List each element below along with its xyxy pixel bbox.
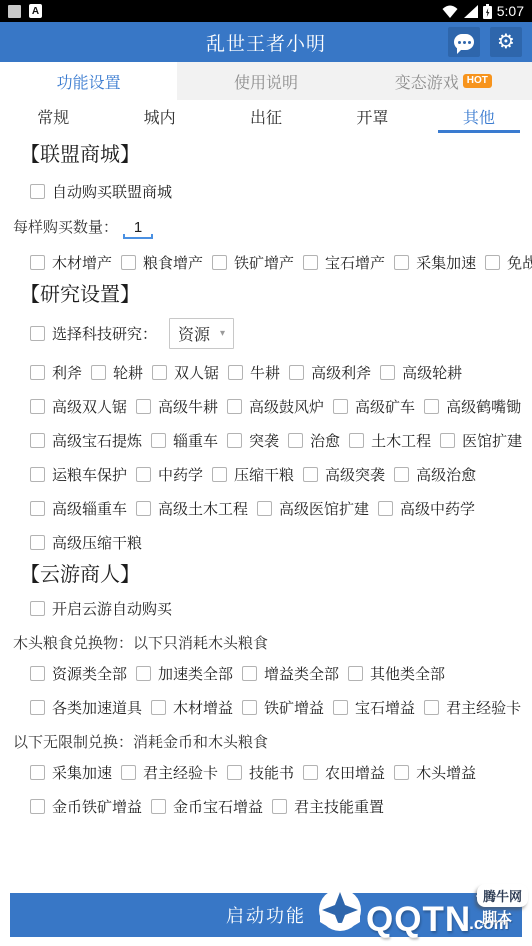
checkbox-label: 高级辎重车 — [52, 498, 127, 519]
tab-label: 功能设置 — [57, 70, 121, 93]
checkbox-label: 加速类全部 — [158, 663, 233, 684]
checkbox-row: 高级辎重车高级土木工程高级医馆扩建高级中药学 — [30, 498, 524, 519]
app-bar: 乱世王者小明 ⚙ — [0, 22, 532, 62]
checkbox[interactable] — [121, 255, 136, 270]
battery-icon — [483, 4, 492, 19]
checkbox[interactable] — [424, 700, 439, 715]
checkbox-label: 高级双人锯 — [52, 396, 127, 417]
checkbox-label: 高级治愈 — [416, 464, 476, 485]
checkbox-option[interactable]: 高级双人锯 — [30, 396, 127, 417]
checkbox-option[interactable]: 牛耕 — [228, 362, 280, 383]
checkbox-option[interactable]: 高级轮耕 — [380, 362, 462, 383]
checkbox[interactable] — [485, 255, 500, 270]
input-method-icon: A — [29, 4, 42, 18]
checkbox-row: 高级压缩干粮 — [30, 532, 524, 553]
subtab-in-city[interactable]: 城内 — [106, 100, 212, 133]
checkbox[interactable] — [136, 399, 151, 414]
checkbox-label: 采集加速 — [416, 252, 476, 273]
checkbox-label: 高级土木工程 — [158, 498, 248, 519]
checkbox[interactable] — [227, 433, 242, 448]
checkbox-label: 宝石增产 — [325, 252, 385, 273]
checkbox-label: 资源类全部 — [52, 663, 127, 684]
checkbox-option[interactable]: 君主技能重置 — [272, 796, 384, 817]
checkbox-option[interactable]: 铁矿增益 — [242, 697, 324, 718]
checkbox-label: 金币铁矿增益 — [52, 796, 142, 817]
checkbox-label: 牛耕 — [250, 362, 280, 383]
checkbox[interactable] — [30, 399, 45, 414]
checkbox-option[interactable]: 高级矿车 — [333, 396, 415, 417]
status-bar: A 5:07 — [0, 0, 532, 22]
checkbox[interactable] — [303, 765, 318, 780]
checkbox-option[interactable]: 增益类全部 — [242, 663, 339, 684]
checkbox-option-select-research[interactable]: 选择科技研究： — [30, 323, 157, 344]
checkbox-label: 土木工程 — [371, 430, 431, 451]
checkbox-option[interactable]: 宝石增益 — [333, 697, 415, 718]
checkbox-label: 轮耕 — [113, 362, 143, 383]
checkbox-option[interactable]: 高级辎重车 — [30, 498, 127, 519]
checkbox-label: 增益类全部 — [264, 663, 339, 684]
settings-button[interactable]: ⚙ — [490, 27, 522, 57]
checkbox-row: 金币铁矿增益金币宝石增益君主技能重置 — [30, 796, 524, 817]
checkbox-option[interactable]: 宝石增产 — [303, 252, 385, 273]
checkbox[interactable] — [30, 535, 45, 550]
checkbox-label: 君主经验卡 — [143, 762, 218, 783]
tab-function-settings[interactable]: 功能设置 — [0, 62, 177, 100]
checkbox[interactable] — [394, 765, 409, 780]
checkbox-option[interactable]: 压缩干粮 — [212, 464, 294, 485]
checkbox-row: 开启云游自动购买 — [30, 598, 524, 619]
checkbox-label: 粮食增产 — [143, 252, 203, 273]
checkbox-label: 各类加速道具 — [52, 697, 142, 718]
checkbox-option[interactable]: 采集加速 — [394, 252, 476, 273]
checkbox[interactable] — [30, 666, 45, 681]
subtab-general[interactable]: 常规 — [0, 100, 106, 133]
chat-bubble-icon — [454, 34, 474, 50]
checkbox-label: 高级矿车 — [355, 396, 415, 417]
checkbox-label: 木材增益 — [173, 697, 233, 718]
checkbox[interactable] — [378, 501, 393, 516]
checkbox-option[interactable]: 高级医馆扩建 — [257, 498, 369, 519]
research-select-row: 选择科技研究： 资源 ▾ — [30, 318, 524, 349]
checkbox-option[interactable]: 高级中药学 — [378, 498, 475, 519]
hot-badge: HOT — [463, 74, 492, 88]
checkbox-label: 免战 — [507, 252, 532, 273]
subtab-shield[interactable]: 开罩 — [319, 100, 425, 133]
checkbox-row: 各类加速道具木材增益铁矿增益宝石增益君主经验卡 — [30, 697, 524, 718]
checkbox-row: 利斧轮耕双人锯牛耕高级利斧高级轮耕 — [30, 362, 524, 383]
checkbox-option[interactable]: 高级利斧 — [289, 362, 371, 383]
checkbox[interactable] — [151, 700, 166, 715]
note-wood-exchange: 木头粮食兑换物：以下只消耗木头粮食 — [13, 632, 524, 653]
checkbox-option[interactable]: 木材增产 — [30, 252, 112, 273]
checkbox-option[interactable]: 高级鼓风炉 — [227, 396, 324, 417]
checkbox[interactable] — [303, 255, 318, 270]
wifi-icon — [442, 5, 458, 18]
checkbox-label: 高级突袭 — [325, 464, 385, 485]
checkbox[interactable] — [212, 255, 227, 270]
checkbox-option[interactable]: 加速类全部 — [136, 663, 233, 684]
checkbox[interactable] — [288, 433, 303, 448]
checkbox-label: 君主经验卡 — [446, 697, 521, 718]
chat-button[interactable] — [448, 27, 480, 57]
checkbox-option[interactable]: 中药学 — [136, 464, 203, 485]
checkbox[interactable] — [30, 326, 45, 341]
checkbox-option[interactable]: 金币铁矿增益 — [30, 796, 142, 817]
checkbox[interactable] — [136, 501, 151, 516]
checkbox[interactable] — [289, 365, 304, 380]
checkbox-row: 资源类全部加速类全部增益类全部其他类全部 — [30, 663, 524, 684]
checkbox[interactable] — [349, 433, 364, 448]
checkbox[interactable] — [30, 799, 45, 814]
checkbox-option[interactable]: 高级治愈 — [394, 464, 476, 485]
checkbox-label: 突袭 — [249, 430, 279, 451]
checkbox-label: 选择科技研究： — [52, 323, 157, 344]
checkbox-option[interactable]: 医馆扩建 — [440, 430, 522, 451]
tab-label: 变态游戏 — [395, 70, 459, 93]
checkbox-option[interactable]: 铁矿增产 — [212, 252, 294, 273]
checkbox-label: 压缩干粮 — [234, 464, 294, 485]
checkbox-option[interactable]: 粮食增产 — [121, 252, 203, 273]
checkbox[interactable] — [30, 501, 45, 516]
checkbox[interactable] — [333, 399, 348, 414]
subtab-march[interactable]: 出征 — [213, 100, 319, 133]
section-heading-alliance-shop: 【联盟商城】 — [20, 142, 524, 168]
checkbox-label: 其他类全部 — [370, 663, 445, 684]
tab-usage-instructions[interactable]: 使用说明 — [177, 62, 354, 100]
checkbox[interactable] — [348, 666, 363, 681]
checkbox-label: 木材增产 — [52, 252, 112, 273]
sub-tab-bar: 常规 城内 出征 开罩 其他 — [0, 100, 532, 133]
checkbox-label: 高级压缩干粮 — [52, 532, 142, 553]
checkbox[interactable] — [30, 700, 45, 715]
checkbox-option-enable-merchant[interactable]: 开启云游自动购买 — [30, 598, 172, 619]
checkbox[interactable] — [440, 433, 455, 448]
checkbox-option[interactable]: 轮耕 — [91, 362, 143, 383]
chevron-down-icon: ▾ — [220, 328, 225, 339]
checkbox-label: 高级鹤嘴锄 — [446, 396, 521, 417]
checkbox-option[interactable]: 利斧 — [30, 362, 82, 383]
checkbox-option[interactable]: 木材增益 — [151, 697, 233, 718]
checkbox-option[interactable]: 金币宝石增益 — [151, 796, 263, 817]
checkbox[interactable] — [228, 365, 243, 380]
checkbox-label: 宝石增益 — [355, 697, 415, 718]
checkbox[interactable] — [152, 365, 167, 380]
checkbox[interactable] — [333, 700, 348, 715]
checkbox-row: 高级双人锯高级牛耕高级鼓风炉高级矿车高级鹤嘴锄 — [30, 396, 524, 417]
research-type-select[interactable]: 资源 ▾ — [169, 318, 234, 349]
checkbox[interactable] — [136, 666, 151, 681]
checkbox-row: 自动购买联盟商城 — [30, 181, 524, 202]
app-screen: A 5:07 乱世王者小明 — [0, 0, 532, 946]
checkbox-option[interactable]: 君主经验卡 — [424, 697, 521, 718]
checkbox-option[interactable]: 各类加速道具 — [30, 697, 142, 718]
start-button-label: 启动功能 — [226, 902, 306, 928]
main-tab-bar: 功能设置 使用说明 变态游戏 HOT — [0, 62, 532, 100]
checkbox[interactable] — [272, 799, 287, 814]
checkbox-option[interactable]: 采集加速 — [30, 762, 112, 783]
quantity-label: 每样购买数量： — [13, 216, 118, 237]
checkbox-option[interactable]: 高级宝石提炼 — [30, 430, 142, 451]
checkbox-option[interactable]: 君主经验卡 — [121, 762, 218, 783]
checkbox-label: 高级中药学 — [400, 498, 475, 519]
checkbox-label: 君主技能重置 — [294, 796, 384, 817]
checkbox-option[interactable]: 高级突袭 — [303, 464, 385, 485]
checkbox[interactable] — [424, 399, 439, 414]
checkbox[interactable] — [303, 467, 318, 482]
checkbox[interactable] — [30, 365, 45, 380]
checkbox-label: 铁矿增益 — [264, 697, 324, 718]
checkbox-label: 金币宝石增益 — [173, 796, 263, 817]
checkbox-option[interactable]: 木头增益 — [394, 762, 476, 783]
checkbox[interactable] — [380, 365, 395, 380]
checkbox-label: 技能书 — [249, 762, 294, 783]
quantity-row: 每样购买数量： 1 — [13, 216, 524, 239]
checkbox-option[interactable]: 高级压缩干粮 — [30, 532, 142, 553]
clock: 5:07 — [497, 3, 524, 19]
checkbox-option[interactable]: 高级鹤嘴锄 — [424, 396, 521, 417]
subtab-label: 城内 — [144, 105, 176, 128]
checkbox-option[interactable]: 高级牛耕 — [136, 396, 218, 417]
checkbox-label: 农田增益 — [325, 762, 385, 783]
checkbox-label: 高级宝石提炼 — [52, 430, 142, 451]
checkbox-row: 高级宝石提炼辎重车突袭治愈土木工程医馆扩建 — [30, 430, 524, 451]
checkbox[interactable] — [212, 467, 227, 482]
checkbox-option[interactable]: 突袭 — [227, 430, 279, 451]
checkbox-row: 运粮车保护中药学压缩干粮高级突袭高级治愈 — [30, 464, 524, 485]
checkbox-option[interactable]: 辎重车 — [151, 430, 218, 451]
checkbox-label: 采集加速 — [52, 762, 112, 783]
checkbox[interactable] — [30, 601, 45, 616]
checkbox-option[interactable]: 土木工程 — [349, 430, 431, 451]
checkbox[interactable] — [151, 799, 166, 814]
checkbox-row: 木材增产粮食增产铁矿增产宝石增产采集加速免战 — [30, 252, 524, 273]
subtab-label: 开罩 — [356, 105, 388, 128]
checkbox[interactable] — [227, 765, 242, 780]
checkbox[interactable] — [121, 765, 136, 780]
note-unlimited-exchange: 以下无限制兑换：消耗金币和木头粮食 — [13, 731, 524, 752]
checkbox[interactable] — [30, 184, 45, 199]
checkbox-label: 辎重车 — [173, 430, 218, 451]
checkbox-option[interactable]: 双人锯 — [152, 362, 219, 383]
checkbox-option[interactable]: 运粮车保护 — [30, 464, 127, 485]
checkbox[interactable] — [30, 765, 45, 780]
checkbox-option[interactable]: 治愈 — [288, 430, 340, 451]
checkbox-label: 治愈 — [310, 430, 340, 451]
notification-icon — [8, 5, 21, 18]
checkbox-label: 高级鼓风炉 — [249, 396, 324, 417]
checkbox-label: 铁矿增产 — [234, 252, 294, 273]
checkbox-label: 开启云游自动购买 — [52, 598, 172, 619]
checkbox-label: 高级轮耕 — [402, 362, 462, 383]
subtab-label: 出征 — [250, 105, 282, 128]
checkbox[interactable] — [30, 255, 45, 270]
checkbox[interactable] — [394, 467, 409, 482]
checkbox-label: 高级医馆扩建 — [279, 498, 369, 519]
subtab-label: 其他 — [463, 105, 495, 128]
checkbox[interactable] — [91, 365, 106, 380]
checkbox-option[interactable]: 高级土木工程 — [136, 498, 248, 519]
checkbox-label: 高级利斧 — [311, 362, 371, 383]
checkbox-option[interactable]: 免战 — [485, 252, 532, 273]
start-button[interactable]: 启动功能 — [10, 893, 522, 937]
checkbox-label: 利斧 — [52, 362, 82, 383]
signal-icon — [463, 5, 478, 18]
subtab-label: 常规 — [37, 105, 69, 128]
quantity-input[interactable]: 1 — [123, 219, 153, 239]
section-heading-merchant: 【云游商人】 — [20, 562, 524, 588]
tab-label: 使用说明 — [234, 70, 298, 93]
checkbox-label: 木头增益 — [416, 762, 476, 783]
section-heading-research: 【研究设置】 — [20, 282, 524, 308]
checkbox[interactable] — [30, 433, 45, 448]
tab-bt-games[interactable]: 变态游戏 HOT — [355, 62, 532, 100]
checkbox-label: 运粮车保护 — [52, 464, 127, 485]
subtab-other[interactable]: 其他 — [426, 100, 532, 133]
checkbox-label: 医馆扩建 — [462, 430, 522, 451]
checkbox-option[interactable]: 农田增益 — [303, 762, 385, 783]
checkbox-label: 双人锯 — [174, 362, 219, 383]
gear-icon: ⚙ — [497, 32, 515, 52]
checkbox[interactable] — [30, 467, 45, 482]
checkbox[interactable] — [242, 666, 257, 681]
checkbox[interactable] — [151, 433, 166, 448]
checkbox-label: 自动购买联盟商城 — [52, 181, 172, 202]
checkbox-label: 中药学 — [158, 464, 203, 485]
checkbox[interactable] — [242, 700, 257, 715]
checkbox-row: 采集加速君主经验卡技能书农田增益木头增益 — [30, 762, 524, 783]
checkbox[interactable] — [136, 467, 151, 482]
checkbox-option[interactable]: 资源类全部 — [30, 663, 127, 684]
checkbox-label: 高级牛耕 — [158, 396, 218, 417]
checkbox[interactable] — [257, 501, 272, 516]
checkbox-option[interactable]: 其他类全部 — [348, 663, 445, 684]
checkbox-option[interactable]: 技能书 — [227, 762, 294, 783]
checkbox[interactable] — [227, 399, 242, 414]
checkbox[interactable] — [394, 255, 409, 270]
settings-panel: 【联盟商城】 自动购买联盟商城 每样购买数量： 1 木材增产粮食增产铁矿增产宝石… — [0, 142, 532, 817]
checkbox-option-auto-buy-alliance[interactable]: 自动购买联盟商城 — [30, 181, 172, 202]
select-value: 资源 — [178, 322, 210, 345]
